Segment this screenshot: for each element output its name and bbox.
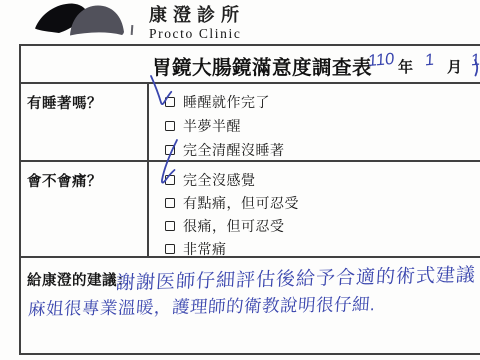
option-label: 很痛，但可忍受 bbox=[183, 216, 285, 236]
option-row: 睡醒就作完了 bbox=[165, 90, 480, 114]
clinic-name-block: 康澄診所 Procto Clinic bbox=[149, 6, 245, 41]
clinic-name-zh: 康澄診所 bbox=[149, 6, 245, 24]
option-label: 睡醒就作完了 bbox=[183, 92, 270, 112]
answer-options-pain: 完全沒感覺 有點痛，但可忍受 很痛，但可忍受 非常痛 bbox=[149, 162, 480, 256]
form-title-row: 胃鏡大腸鏡滿意度調查表 110 年 1 月 1 bbox=[21, 46, 480, 84]
clinic-name-en: Procto Clinic bbox=[149, 27, 245, 41]
date-month-handwritten: 1 bbox=[425, 51, 435, 71]
question-label-sleep: 有睡著嗎？ bbox=[21, 84, 149, 160]
option-row: 完全沒感覺 bbox=[165, 168, 480, 191]
checkbox-icon bbox=[165, 244, 175, 254]
suggestion-row: 給康澄的建議： 謝謝医師仔細評估後給予合適的術式建議 麻姐很專業溫暖，護理師的衛… bbox=[21, 258, 480, 353]
option-row: 有點痛，但可忍受 bbox=[165, 191, 480, 214]
option-label: 半夢半醒 bbox=[183, 116, 241, 136]
checkbox-icon bbox=[165, 97, 175, 107]
checkbox-icon bbox=[165, 145, 175, 155]
option-row: 完全清醒沒睡著 bbox=[165, 138, 480, 162]
question-label-pain: 會不會痛？ bbox=[21, 162, 149, 256]
scanned-survey-form: { "page": { "paper_color": "#fdfdfc", "i… bbox=[0, 0, 480, 360]
question-row-pain: 會不會痛？ 完全沒感覺 有點痛，但可忍受 很痛，但可忍受 非常痛 bbox=[21, 162, 480, 258]
date-year-handwritten: 110 bbox=[368, 50, 395, 71]
form-title: 胃鏡大腸鏡滿意度調查表 bbox=[152, 52, 372, 80]
date-month-unit: 月 bbox=[447, 56, 462, 77]
checkbox-icon bbox=[165, 121, 175, 131]
clinic-logo-icon bbox=[32, 1, 127, 39]
handwritten-comment-line2: 麻姐很專業溫暖，護理師的衛教說明很仔細. bbox=[27, 291, 376, 321]
option-label: 完全清醒沒睡著 bbox=[183, 140, 285, 160]
question-row-sleep: 有睡著嗎？ 睡醒就作完了 半夢半醒 完全清醒沒睡著 bbox=[21, 84, 480, 162]
answer-options-sleep: 睡醒就作完了 半夢半醒 完全清醒沒睡著 bbox=[149, 84, 480, 160]
option-row: 半夢半醒 bbox=[165, 114, 480, 138]
checkbox-icon bbox=[165, 198, 175, 208]
option-label: 完全沒感覺 bbox=[183, 170, 256, 190]
ink-smudge bbox=[131, 25, 134, 35]
option-label: 非常痛 bbox=[183, 239, 227, 259]
checkbox-icon bbox=[165, 221, 175, 231]
option-row: 非常痛 bbox=[165, 237, 480, 260]
option-label: 有點痛，但可忍受 bbox=[183, 193, 299, 213]
handwritten-comment-line1: 謝謝医師仔細評估後給予合適的術式建議 bbox=[115, 260, 477, 295]
date-year-unit: 年 bbox=[398, 56, 413, 77]
survey-table: 胃鏡大腸鏡滿意度調查表 110 年 1 月 1 有睡著嗎？ 睡醒就作完了 半夢半… bbox=[19, 44, 480, 355]
date-day-handwritten: 1 bbox=[471, 51, 480, 71]
option-row: 很痛，但可忍受 bbox=[165, 214, 480, 237]
checkbox-icon bbox=[165, 175, 175, 185]
